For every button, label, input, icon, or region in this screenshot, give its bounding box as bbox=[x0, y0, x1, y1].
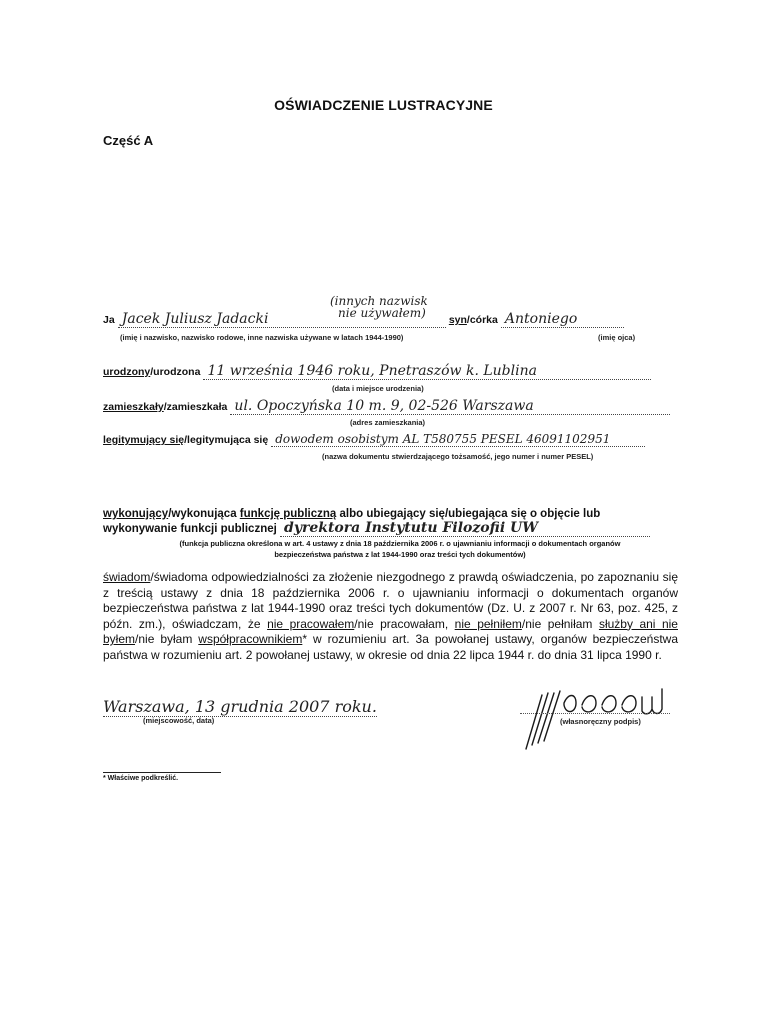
legitymujacy-option: legitymujący się bbox=[103, 434, 184, 446]
birth-row: urodzony/urodzona 11 września 1946 roku,… bbox=[103, 363, 651, 380]
function-line2: wykonywanie funkcji publicznej dyrektora… bbox=[103, 520, 650, 537]
id-row: legitymujący się/legitymująca się dowode… bbox=[103, 432, 645, 447]
signature-line bbox=[520, 713, 670, 714]
birth-field[interactable]: 11 września 1946 roku, Pnetraszów k. Lub… bbox=[203, 363, 651, 380]
urodzona-option: /urodzona bbox=[150, 366, 200, 378]
id-hint: (nazwa dokumentu stwierdzającego tożsamo… bbox=[322, 452, 593, 461]
name-hint: (imię i nazwisko, nazwisko rodowe, inne … bbox=[120, 333, 403, 342]
corka-option: /córka bbox=[467, 314, 498, 326]
document-title: OŚWIADCZENIE LUSTRACYJNE bbox=[0, 97, 767, 113]
function-label: wykonywanie funkcji publicznej bbox=[103, 523, 277, 535]
function-note-line2: bezpieczeństwa państwa z lat 1944-1990 o… bbox=[120, 549, 680, 560]
address-hint: (adres zamieszkania) bbox=[350, 418, 425, 427]
father-hint: (imię ojca) bbox=[598, 333, 635, 342]
child-label: syn/córka bbox=[449, 314, 498, 326]
place-date-field[interactable]: Warszawa, 13 grudnia 2007 roku. bbox=[103, 697, 377, 717]
nie-pelnilem-option: nie pełniłem bbox=[455, 617, 522, 631]
declaration-text-4: /nie byłam bbox=[135, 632, 198, 646]
zamieszkaly-option: zamieszkały bbox=[103, 401, 164, 413]
address-row: zamieszkały/zamieszkała ul. Opoczyńska 1… bbox=[103, 398, 670, 415]
footnote-divider bbox=[103, 772, 221, 773]
signature-hint: (własnoręczny podpis) bbox=[560, 717, 641, 726]
part-heading: Część A bbox=[103, 133, 153, 148]
address-field[interactable]: ul. Opoczyńska 10 m. 9, 02-526 Warszawa bbox=[230, 398, 670, 415]
place-date-hint: (miejscowość, data) bbox=[143, 716, 214, 725]
ubiegajacy-option: albo ubiegający się/ubiegająca się o obj… bbox=[336, 508, 600, 520]
nie-pracowalem-option: nie pracowałem bbox=[267, 617, 354, 631]
function-note-line1: (funkcja publiczna określona w art. 4 us… bbox=[120, 538, 680, 549]
footnote: * Właściwe podkreślić. bbox=[103, 775, 178, 782]
funkcje-publiczna-option: funkcję publiczną bbox=[240, 508, 337, 520]
wykonujacy-option: wykonujący bbox=[103, 508, 168, 520]
declaration-text-2: /nie pracowałam, bbox=[354, 617, 454, 631]
wspolpracownikiem-option: współpracownikiem bbox=[198, 632, 302, 646]
id-field[interactable]: dowodem osobistym AL T580755 PESEL 46091… bbox=[271, 432, 645, 447]
syn-option: syn bbox=[449, 314, 467, 326]
wykonujaca-option: /wykonująca bbox=[168, 508, 240, 520]
swiadom-option: świadom bbox=[103, 570, 150, 584]
zamieszkala-option: /zamieszkała bbox=[164, 401, 228, 413]
declaration-paragraph: świadom/świadoma odpowiedzialności za zł… bbox=[103, 570, 678, 663]
name-field[interactable]: Jacek Juliusz Jadacki bbox=[118, 311, 446, 328]
ja-label: Ja bbox=[103, 314, 115, 326]
function-field[interactable]: dyrektora Instytutu Filozofii UW bbox=[280, 520, 650, 537]
birth-hint: (data i miejsce urodzenia) bbox=[332, 384, 424, 393]
legitymujaca-option: /legitymująca się bbox=[184, 434, 268, 446]
name-row: Ja Jacek Juliusz Jadacki syn/córka Anton… bbox=[103, 311, 624, 328]
function-note: (funkcja publiczna określona w art. 4 us… bbox=[120, 538, 680, 560]
father-name-field[interactable]: Antoniego bbox=[501, 311, 624, 328]
document-page: OŚWIADCZENIE LUSTRACYJNE Część A (innych… bbox=[0, 0, 767, 1024]
declaration-text-3: /nie pełniłam bbox=[522, 617, 599, 631]
place-date-row: Warszawa, 13 grudnia 2007 roku. bbox=[103, 697, 377, 717]
urodzony-option: urodzony bbox=[103, 366, 150, 378]
